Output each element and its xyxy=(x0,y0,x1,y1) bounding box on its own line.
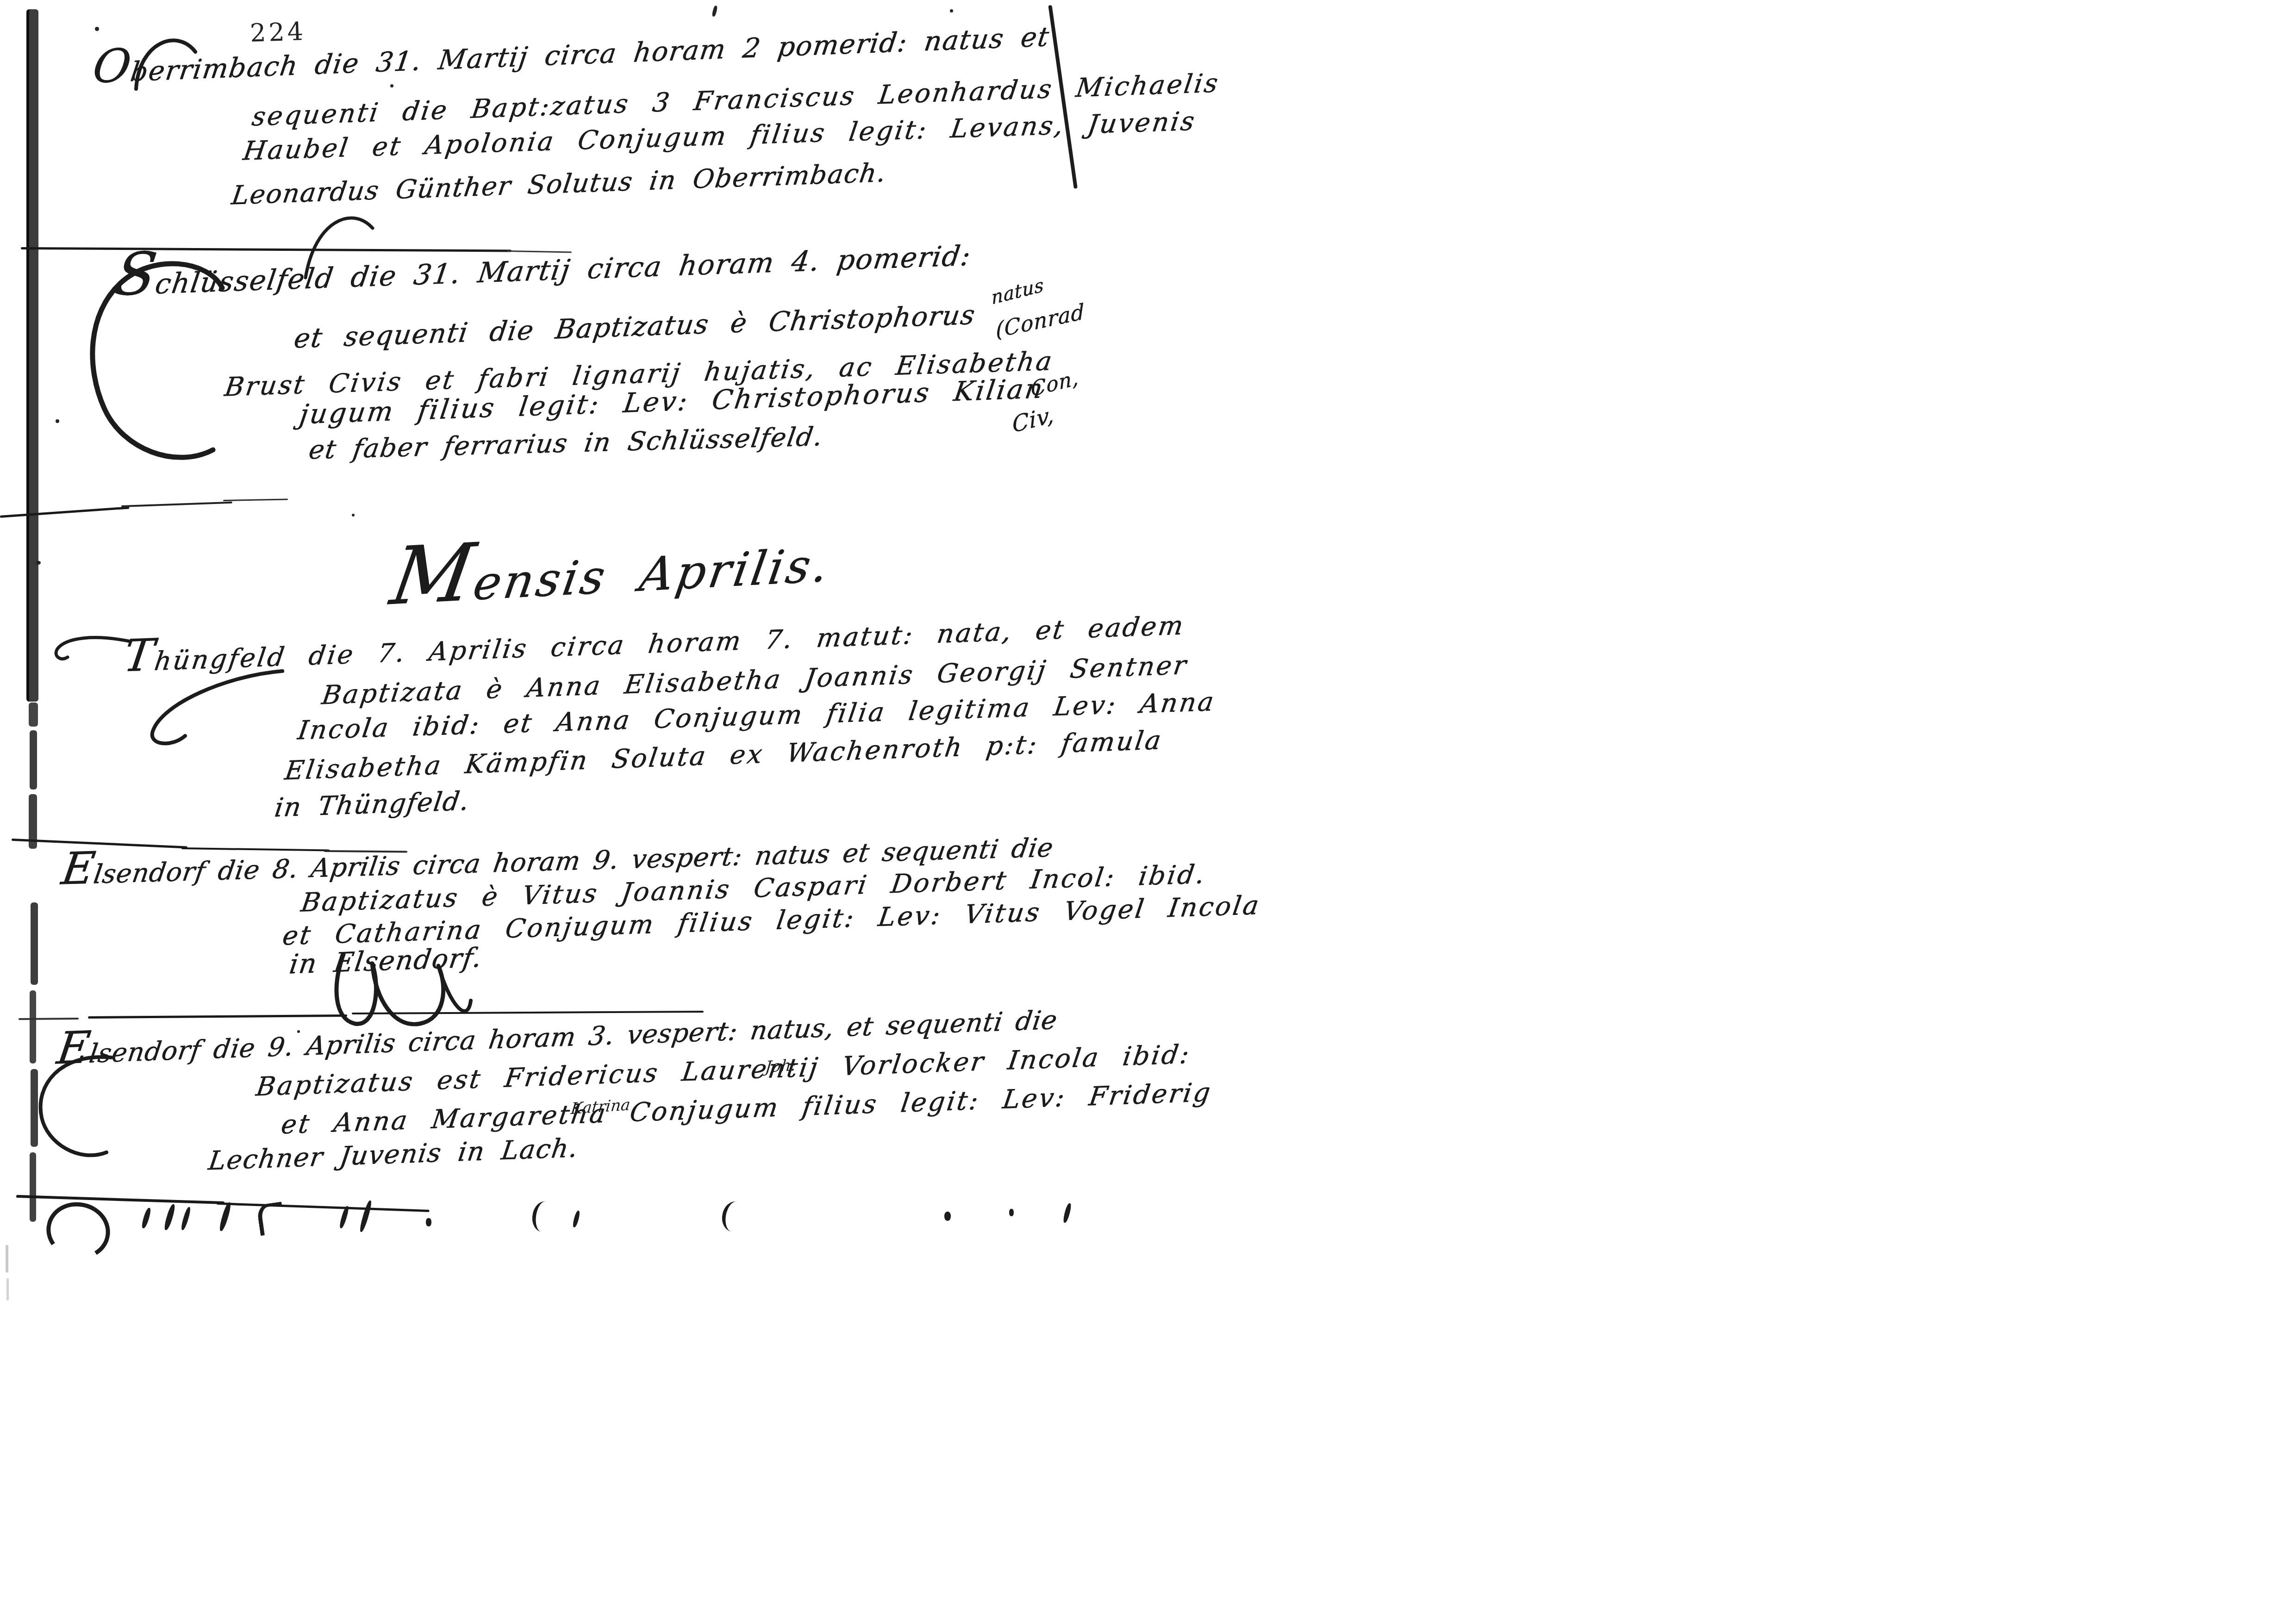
cutoff-letter-fragments xyxy=(28,1200,1092,1234)
fragment-stroke xyxy=(1062,1203,1072,1223)
ink-speck xyxy=(950,9,953,12)
month-header: Mensis Aprilis. xyxy=(387,532,836,614)
fragment-stroke xyxy=(358,1200,373,1232)
entry-1-line-1: Oberrimbach die 31. Martij circa horam 2… xyxy=(90,18,1052,89)
ink-speck xyxy=(56,419,59,423)
entry-3-line-5: in Thüngfeld. xyxy=(273,787,471,822)
ink-speck xyxy=(36,561,41,565)
separator-rule-4b xyxy=(88,1014,347,1019)
left-scan-border-faint xyxy=(6,1245,8,1273)
fragment-dot xyxy=(1009,1209,1014,1216)
fragment-stroke xyxy=(141,1208,152,1228)
ink-speck xyxy=(352,514,355,516)
ink-speck xyxy=(95,27,99,31)
entry-5-line-4: Lechner Juvenis in Lach. xyxy=(206,1134,580,1175)
fragment-stroke xyxy=(180,1207,192,1230)
left-scan-border xyxy=(26,9,38,702)
ink-speck xyxy=(711,5,718,17)
fragment-dot xyxy=(944,1212,951,1221)
thuengfeld-margin-dash xyxy=(52,633,135,665)
left-scan-border-fragment xyxy=(30,730,37,790)
fragment-stroke xyxy=(218,1202,232,1231)
entry-2-margin-note-4: Civ, xyxy=(1011,403,1055,438)
fragment-dot xyxy=(426,1218,431,1226)
separator-rule-4a xyxy=(19,1018,79,1020)
fragment-curve xyxy=(256,1201,286,1236)
fragment-stroke xyxy=(572,1211,581,1227)
separator-rule-2c xyxy=(223,499,288,501)
separator-rule-2a xyxy=(0,506,129,518)
entry-1-line-4: Leonardus Günther Solutus in Oberrimbach… xyxy=(230,159,888,210)
fragment-curve xyxy=(530,1200,557,1233)
fragment-stroke xyxy=(338,1206,350,1228)
fragment-curve xyxy=(720,1200,749,1234)
entry-4-line-4: in Elsendorf. xyxy=(287,943,484,979)
left-scan-border-fragment xyxy=(29,703,38,727)
left-scan-border-fragment xyxy=(31,902,38,985)
separator-rule-3a xyxy=(12,839,187,849)
fragment-curve xyxy=(41,1196,116,1265)
manuscript-scan-page: 224 Oberrimbach die 31. Mart xyxy=(0,0,2296,1623)
entry-2-margin-note-1: natus xyxy=(991,275,1045,309)
entry-2-line-1: Schlüsselfeld die 31. Martij circa horam… xyxy=(112,230,975,301)
separator-rule-2b xyxy=(121,502,232,507)
entry-2-line-5: et faber ferrarius in Schlüsselfeld. xyxy=(307,423,825,465)
entry-2-line-2: et sequenti die Baptizatus è Christophor… xyxy=(292,300,977,354)
left-scan-border-faint xyxy=(6,1278,9,1300)
entry-2-margin-note-2: (Conrad xyxy=(995,299,1085,342)
ink-speck xyxy=(390,84,393,87)
fragment-stroke xyxy=(163,1204,176,1230)
entry-5-interlinear-note-1: Joh: xyxy=(764,1057,797,1076)
page-number: 224 xyxy=(250,17,306,48)
